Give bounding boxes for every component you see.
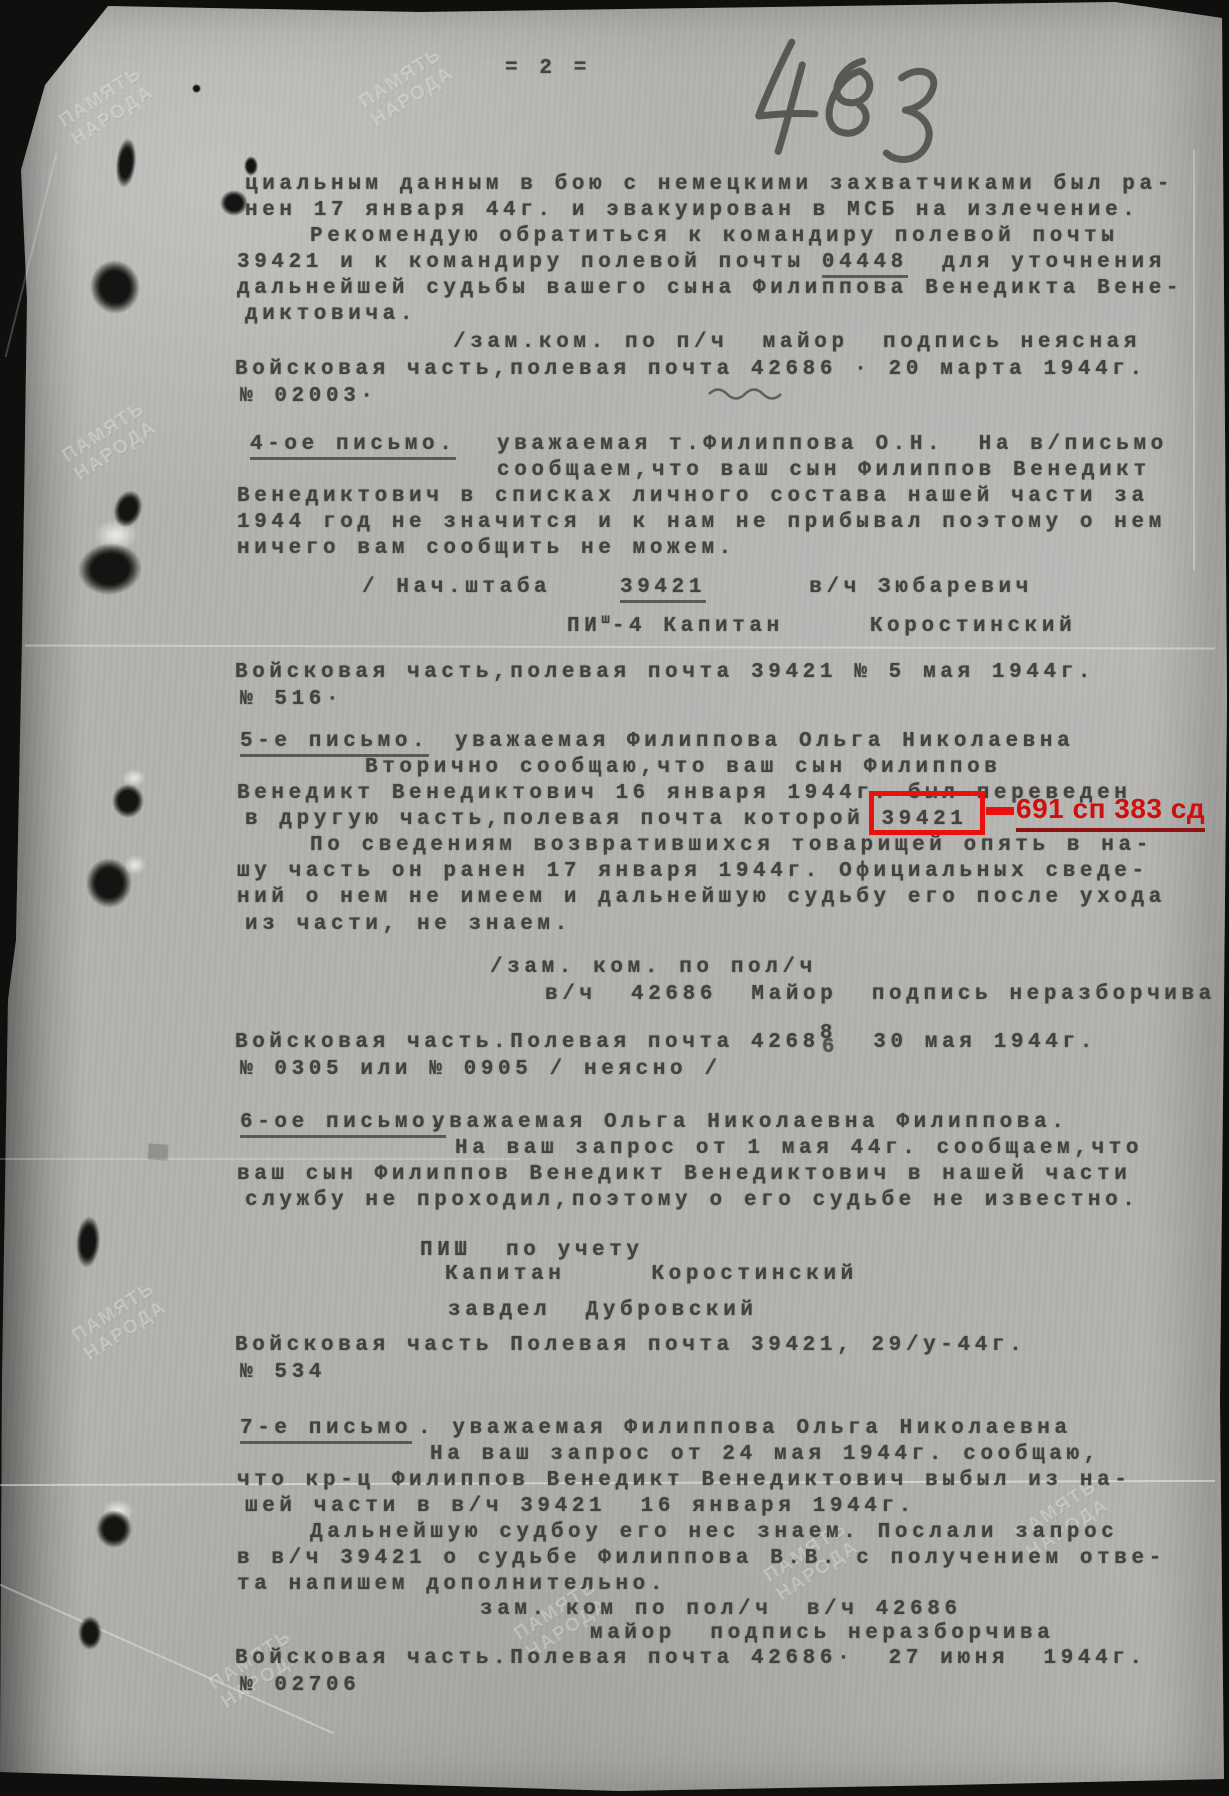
doc-line: 1944 год не значится и к нам не прибывал… [237, 510, 1166, 536]
signature-line: ПИШ по учету [420, 1238, 644, 1264]
letter-heading: 5-е письмо. [240, 729, 429, 755]
field-post-number: 04448 [822, 251, 908, 278]
annotation-label: 691 сп 383 сд [1016, 793, 1205, 832]
signature-line: в/ч 42686 Майор подпись неразборчива [545, 982, 1216, 1008]
doc-line: ничего вам сообщить не можем. [237, 536, 736, 562]
doc-line: уважаемая т.Филиппова О.Н. На в/письмо [497, 432, 1168, 458]
doc-text: 39421 и к командиру полевой почты [237, 251, 822, 274]
doc-line: та напишем дополнительно. [237, 1572, 667, 1598]
doc-line: шей части в в/ч 39421 16 января 1944г. [245, 1494, 916, 1520]
doc-text: в другую часть,полевая почта которой [245, 808, 881, 831]
page-number-mark: = 2 = [505, 56, 591, 82]
doc-line: что кр-ц Филиппов Венедикт Венедиктович … [237, 1468, 1132, 1494]
paper-hole [96, 1510, 132, 1548]
doc-line: Венедикт Венедиктович 16 января 1944г. б… [237, 781, 1132, 807]
doc-text: 30 мая 1944г. [839, 1031, 1097, 1054]
annotation-connector [986, 807, 1014, 815]
signature-line: /зам.ком. по п/ч майор подпись неясная [453, 330, 1141, 356]
heading-text: 4-ое письмо. [250, 433, 456, 460]
doc-text: ПИ [567, 615, 601, 638]
doc-number-line: № 0305 или № 0905 / неясно / [240, 1057, 722, 1083]
doc-line: Дальнейшую судбоу его нес знаем. Послали… [310, 1520, 1119, 1546]
signature-line: завдел Дубровский [448, 1298, 758, 1324]
doc-line: ваш сын Филиппов Венедикт Венедиктович в… [237, 1162, 1132, 1188]
doc-line: диктовича. [245, 302, 417, 328]
doc-number-line: № 516· [240, 687, 343, 713]
paper-hole [86, 858, 132, 908]
doc-line: уважаемая Ольга Николаевна Филиппова. [432, 1110, 1068, 1136]
doc-line: циальным данным в бою с немецкими захват… [245, 172, 1174, 198]
overtyped-digit: 86 [820, 1030, 839, 1056]
doc-text: в/ч Зюбаревич [706, 576, 1033, 599]
doc-text: ш [601, 612, 611, 628]
signature-line: зам. ком по пол/ч в/ч 42686 [480, 1597, 962, 1623]
paper-hole [75, 540, 144, 598]
paper-crease [0, 1158, 520, 1160]
military-unit-line: Войсковая часть.Полевая почта 42686· 27 … [235, 1646, 1147, 1672]
military-unit-line: Войсковая часть.Полевая почта 426886 30 … [235, 1030, 1097, 1056]
doc-number-line: № 02003· [240, 384, 378, 410]
doc-text: -4 Капитан Коростинский [612, 615, 1076, 638]
doc-line: уважаемая Филиппова Ольга Николаевна [455, 729, 1074, 755]
military-unit-line: Войсковая часть,полевая почта 42686 · 20… [235, 357, 1147, 383]
doc-text: / Нач.штаба [362, 576, 620, 599]
paper-hole [112, 784, 144, 818]
signature-line: /зам. ком. по пол/ч [490, 955, 817, 981]
doc-line: . уважаемая Филиппова Ольга Николаевна [418, 1416, 1072, 1442]
overtype-bottom: 6 [822, 1035, 839, 1061]
doc-line: 39421 и к командиру полевой почты 04448 … [237, 250, 1166, 276]
doc-line: Венедиктович в списках личного состава н… [237, 484, 1149, 510]
scanned-document-page: { "page": { "mark": "= 2 =", "handwritte… [0, 0, 1229, 1796]
ink-dot [192, 84, 201, 93]
signature-line: Капитан Коростинский [445, 1262, 858, 1288]
doc-number-line: № 534 [240, 1360, 326, 1386]
paper-hole [78, 1616, 102, 1650]
doc-line: шу часть он ранен 17 января 1944г. Офици… [237, 859, 1149, 885]
doc-line: в другую часть,полевая почта которой 394… [245, 807, 968, 833]
heading-text: 5-е письмо. [240, 730, 429, 757]
paper-hole [74, 1215, 102, 1269]
paper-hole [220, 190, 248, 216]
doc-text: для уточнения [908, 251, 1166, 274]
military-unit-line: Войсковая часть Полевая почта 39421, 29/… [235, 1333, 1026, 1359]
doc-line: Вторично сообщаю,что ваш сын Филиппов [365, 755, 1001, 781]
letter-heading: 4-ое письмо. [250, 432, 456, 458]
doc-line: На ваш запрос от 24 мая 1944г. сообщаю, [430, 1442, 1101, 1468]
paper-hole [86, 257, 143, 317]
signature-line: майор подпись неразборчива [590, 1621, 1054, 1647]
heading-text: 6-ое письмо. [240, 1111, 446, 1138]
doc-line: в в/ч 39421 о судьбе Филиппова В.В. с по… [237, 1546, 1166, 1572]
military-unit-line: Войсковая часть,полевая почта 39421 № 5 … [235, 660, 1095, 686]
paper-smudge [147, 1143, 168, 1160]
doc-line: нен 17 января 44г. и эвакуирован в МСБ н… [245, 198, 1140, 224]
pen-wavy-underline [706, 386, 790, 400]
annotation-highlight-box [869, 791, 985, 835]
signature-line: ПИш-4 Капитан Коростинский [567, 607, 1076, 640]
doc-line: По сведениям возвратившихся товарищей оп… [310, 833, 1153, 859]
doc-line: На ваш запрос от 1 мая 44г. сообщаем,что [455, 1136, 1143, 1162]
doc-line: дальнейшей судьбы вашего сына Филиппова … [237, 276, 1183, 302]
doc-number-line: № 02706 [240, 1673, 360, 1699]
doc-line: из части, не знаем. [245, 912, 572, 938]
handwritten-page-number [735, 17, 955, 181]
paper-crease [1193, 150, 1195, 570]
letter-heading: 6-ое письмо. [240, 1110, 446, 1136]
signature-line: / Нач.штаба 39421 в/ч Зюбаревич [362, 575, 1033, 601]
field-post-number: 39421 [620, 576, 706, 603]
doc-text: Войсковая часть.Полевая почта 4268 [235, 1031, 820, 1054]
doc-line: Рекомендую обратиться к командиру полево… [310, 224, 1119, 250]
doc-line: службу не проходил,поэтому о его судьбе … [245, 1188, 1140, 1214]
doc-line: ний о нем не имеем и дальнейшую судьбу е… [237, 885, 1166, 911]
heading-text: 7-е письмо [240, 1417, 412, 1444]
doc-line: сообщаем,что ваш сын Филиппов Венедикт [497, 458, 1151, 484]
letter-heading: 7-е письмо [240, 1416, 412, 1442]
